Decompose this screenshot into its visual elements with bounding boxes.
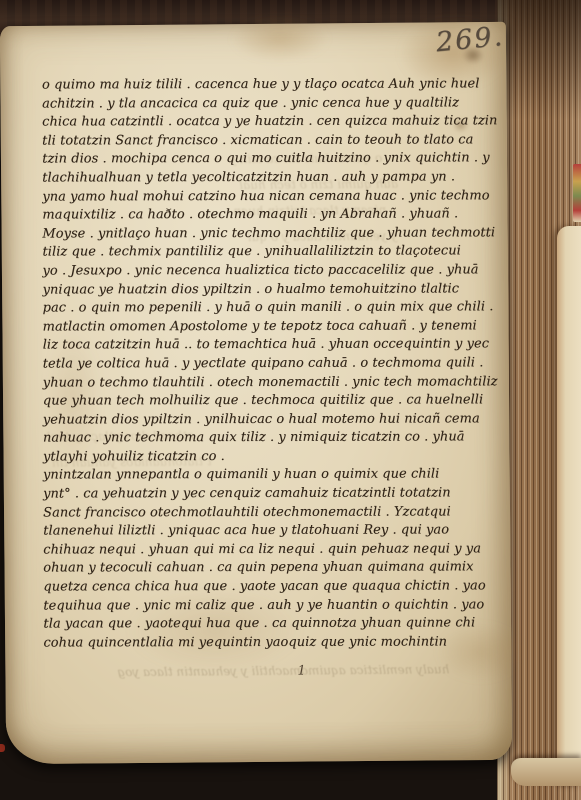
text-line: ytlayhi yohuiliz ticatzin co . bbox=[43, 447, 495, 467]
text-line: Sanct francisco otechmotlauhtili otechmo… bbox=[43, 503, 495, 523]
text-line: ynintzalan ynnepantla o quimanili y huan… bbox=[43, 466, 495, 486]
red-fleck bbox=[0, 744, 5, 752]
text-line: pac . o quin mo pepenili . y huā o quin … bbox=[43, 298, 495, 318]
text-line: tlanenehui liliztli . yniquac aca hue y … bbox=[43, 522, 495, 542]
text-line: liz toca catzitzin huā .. to temachtica … bbox=[43, 336, 495, 356]
manuscript-page: o quimo huiz tin ca tzin yauh quimi tzin… bbox=[0, 22, 512, 764]
foredge-light-edge bbox=[557, 226, 581, 786]
text-line: tiliz que . techmix pantililiz que . yni… bbox=[42, 243, 494, 263]
text-line: ynt° . ca yehuatzin y yec cenquiz camahu… bbox=[43, 484, 495, 504]
text-line: nahuac . ynic techmoma quix tiliz . y ni… bbox=[43, 429, 495, 449]
text-line: yehuatzin dios ypiltzin . ynilhuicac o h… bbox=[43, 410, 495, 430]
text-line: tlachihualhuan y tetla yecolticatzitzin … bbox=[42, 168, 494, 188]
text-line: yna yamo hual mohui catzino hua nican ce… bbox=[42, 187, 494, 207]
text-line: cohua quincentlalia mi yequintin yaoquiz… bbox=[43, 633, 495, 653]
text-line: Moyse . ynitlaço huan . ynic techmo mach… bbox=[42, 224, 494, 244]
bleedthrough-line: hualy nemliztica aquimomachtili y yehuan… bbox=[117, 662, 449, 679]
text-line: achitzin . y tla ancacica ca quiz que . … bbox=[42, 94, 494, 114]
text-line: yniquac ye huatzin dios ypiltzin . o hua… bbox=[43, 280, 495, 300]
catchword-mark: 1 bbox=[297, 664, 305, 679]
text-line: tzin dios . mochipa cenca o qui mo cuitl… bbox=[42, 150, 494, 170]
text-line: tli totatzin Sanct francisco . xicmatica… bbox=[42, 131, 494, 151]
manuscript-photo: o quimo huiz tin ca tzin yauh quimi tzin… bbox=[0, 0, 581, 800]
text-line: que yhuan tech molhuiliz que . techmoca … bbox=[43, 391, 495, 411]
foredge-bottom-edge bbox=[511, 758, 581, 786]
text-line: matlactin omomen Apostolome y te tepotz … bbox=[43, 317, 495, 337]
text-line: yhuan o techmo tlauhtili . otech monemac… bbox=[43, 373, 495, 393]
illuminated-page-edge bbox=[573, 164, 581, 222]
foredge-shadow bbox=[497, 0, 581, 120]
text-line: ohuan y tecoculi cahuan . ca quin pepena… bbox=[43, 559, 495, 579]
text-line: tla yacan que . yaotequi hua que . ca qu… bbox=[43, 615, 495, 635]
text-line: yo . Jesuxpo . ynic necenca hualiztica t… bbox=[42, 261, 494, 281]
text-line: o quimo ma huiz tilili . cacenca hue y y… bbox=[42, 75, 494, 95]
text-line: maquixtiliz . ca haðto . otechmo maquili… bbox=[42, 205, 494, 225]
text-line: chica hua catzintli . ocatca y ye huatzi… bbox=[42, 112, 494, 132]
text-line: chihuaz nequi . yhuan qui mi ca liz nequ… bbox=[43, 540, 495, 560]
manuscript-text: o quimo ma huiz tilili . cacenca hue y y… bbox=[42, 75, 496, 653]
folio-number: 269. bbox=[435, 21, 506, 58]
text-line: tetla ye coltica huā . y yectlate quipan… bbox=[43, 354, 495, 374]
text-line: quetza cenca chica hua que . yaote yacan… bbox=[43, 577, 495, 597]
text-line: tequihua que . ynic mi caliz que . auh y… bbox=[43, 596, 495, 616]
